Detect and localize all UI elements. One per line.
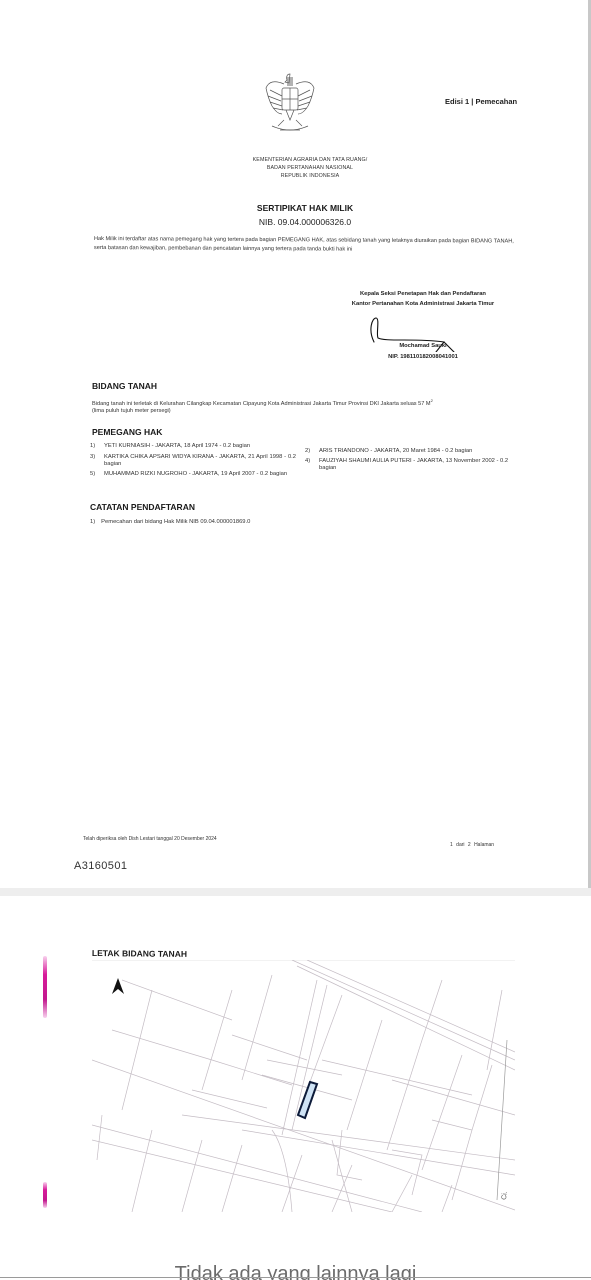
holder-text: YETI KURNIASIH - JAKARTA, 18 April 1974 … [104,443,300,450]
holders-section-heading: PEMEGANG HAK [92,427,162,437]
holder-number: 2) [305,448,313,455]
map-street-label: Ci. [501,1191,509,1200]
area-unit-superscript: 2 [431,398,433,403]
holder-number: 3) [90,454,98,467]
land-description-text: Bidang tanah ini terletak di Kelurahan C… [92,401,431,407]
ministry-line: BADAN PERTANAHAN NASIONAL [210,164,410,172]
pink-stamp-edge [43,1182,47,1208]
registration-note-item: 1) Pemecahan dari bidang Hak Milik NIB 0… [90,519,250,525]
land-description: Bidang tanah ini terletak di Kelurahan C… [92,397,512,415]
holder-item: 1) YETI KURNIASIH - JAKARTA, 18 April 19… [90,443,300,450]
certificate-page-1: Edisi 1 | Pemecahan KEMENTERIAN AGRARIA … [0,0,591,888]
official-office-line: Kantor Pertanahan Kota Administrasi Jaka… [318,300,528,310]
ministry-line: REPUBLIK INDONESIA [210,172,410,180]
map-title: LETAK BIDANG TANAH [92,948,187,959]
intro-paragraph: Hak Milik ini terdaftar atas nama pemega… [94,235,519,256]
parcel-location-map[interactable]: Ci. [92,960,515,1212]
signer-name: Mochamad Sauki [318,343,528,349]
official-position: Kepala Seksi Penetapan Hak dan Pendaftar… [318,290,528,309]
holder-item: 5) MUHAMMAD RIZKI NUGROHO - JAKARTA, 19 … [90,471,296,478]
holder-item: 3) KARTIKA CHIKA APSARI WIDYA KIRANA - J… [90,454,296,467]
edition-label: Edisi 1 | Pemecahan [445,97,517,106]
holder-item: 2) ARIS TRIANDONO - JAKARTA, 20 Maret 19… [305,448,520,455]
certificate-title: SERTIPIKAT HAK MILIK [200,203,410,213]
nib-number: NIB. 09.04.000006326.0 [200,217,410,227]
holder-text: KARTIKA CHIKA APSARI WIDYA KIRANA - JAKA… [104,454,296,467]
holder-number: 5) [90,471,98,478]
note-number: 1) [90,519,95,525]
ministry-header: KEMENTERIAN AGRARIA DAN TATA RUANG/ BADA… [210,156,410,180]
selected-parcel [298,1082,317,1118]
serial-number: A3160501 [74,860,127,872]
garuda-emblem-icon [264,68,316,140]
note-text: Pemecahan dari bidang Hak Milik NIB 09.0… [101,519,250,525]
page-separator [0,888,591,896]
land-section-heading: BIDANG TANAH [92,381,157,391]
certificate-page-2: LETAK BIDANG TANAH [0,896,591,1246]
bottom-divider [0,1277,591,1278]
holder-item: 4) FAUZIYAH SHAUMI AULIA PUTERI - JAKART… [305,458,517,471]
signer-nip: NIP. 198110182008041001 [318,354,528,360]
land-area-words: (lima puluh tujuh meter persegi) [92,408,171,414]
holder-text: FAUZIYAH SHAUMI AULIA PUTERI - JAKARTA, … [319,458,517,471]
registration-notes-heading: CATATAN PENDAFTARAN [90,502,195,512]
holder-number: 4) [305,458,313,471]
holder-text: MUHAMMAD RIZKI NUGROHO - JAKARTA, 19 Apr… [104,471,296,478]
official-position-line: Kepala Seksi Penetapan Hak dan Pendaftar… [318,290,528,300]
holder-number: 1) [90,443,98,450]
checked-by-note: Telah diperiksa oleh Dish Lestari tangga… [83,836,217,842]
page-count: 1 dari 2 Halaman [450,842,494,848]
ministry-line: KEMENTERIAN AGRARIA DAN TATA RUANG/ [210,156,410,164]
pink-stamp-edge [43,956,47,1018]
holder-text: ARIS TRIANDONO - JAKARTA, 20 Maret 1984 … [319,448,520,455]
